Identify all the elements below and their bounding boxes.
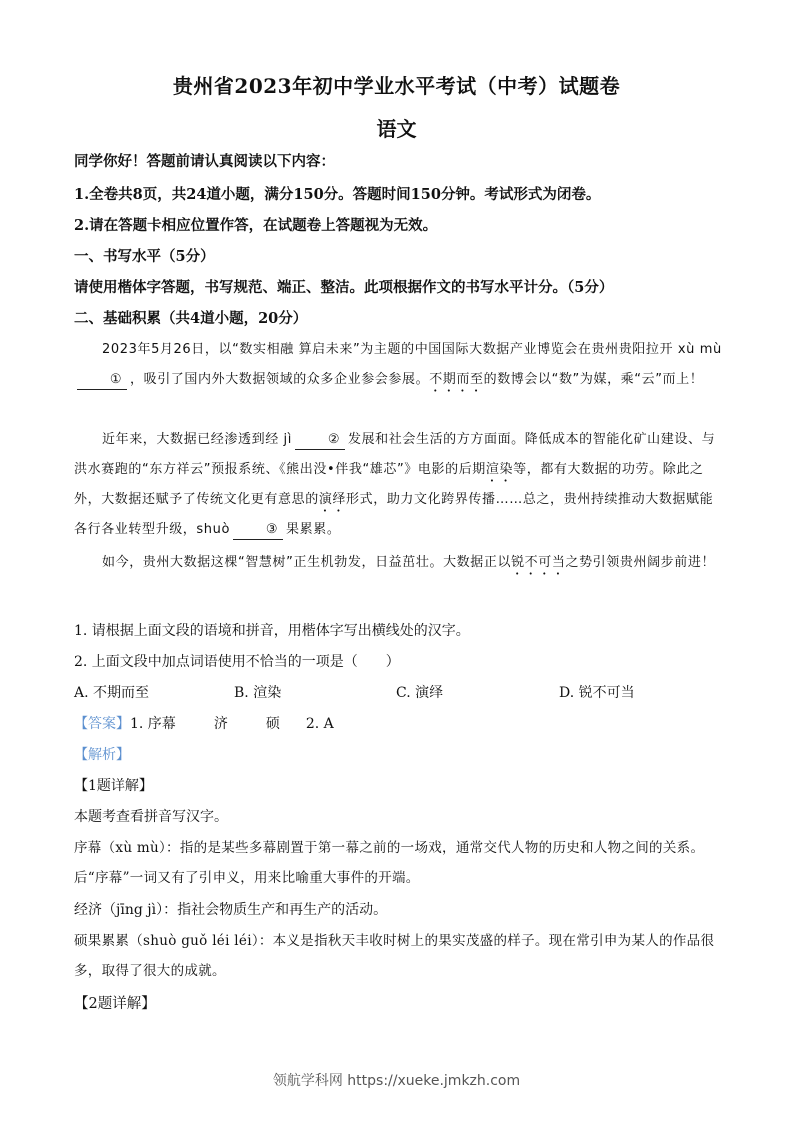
- passage-paragraph-1: 2023年5月26日，以“数实相融 算启未来”为主题的中国国际大数据产业博览会在…: [74, 335, 722, 395]
- dotted-word: 渲染: [486, 462, 513, 477]
- blank-1: ①: [77, 371, 127, 390]
- passage-paragraph-2: 近年来，大数据已经渗透到经 jì②发展和社会生活的方方面面。降低成本的智能化矿山…: [74, 425, 722, 545]
- instructions-greeting: 同学你好！答题前请认真阅读以下内容：: [74, 150, 335, 171]
- option-d: D. 锐不可当: [559, 682, 635, 702]
- blank-2: ②: [295, 431, 345, 450]
- option-c: C. 演绎: [396, 682, 443, 702]
- question-1: 1. 请根据上面文段的语境和拼音，用楷体字写出横线处的汉字。: [74, 620, 470, 640]
- subject-title: 语文: [0, 113, 793, 142]
- instruction-item-2: 2.请在答题卡相应位置作答，在试题卷上答题视为无效。: [74, 214, 437, 235]
- exam-page: 贵州省2023年初中学业水平考试（中考）试题卷 语文 同学你好！答题前请认真阅读…: [0, 0, 793, 1122]
- q2-detail-heading: 【2题详解】: [74, 992, 156, 1013]
- section-heading-basics: 二、基础积累（共4道小题，20分）: [74, 307, 307, 328]
- section-heading-writing: 一、书写水平（5分）: [74, 245, 215, 266]
- passage-paragraph-3: 如今，贵州大数据这棵“智慧树”正生机勃发，日益茁壮。大数据正以锐不可当之势引领贵…: [74, 548, 722, 578]
- answer-line: 【答案】1. 序幕济硕2. A: [74, 713, 334, 733]
- blank-3: ③: [233, 521, 283, 540]
- analysis-line: 本题考查看拼音写汉字。: [74, 806, 228, 826]
- dotted-word: 演绎: [319, 492, 346, 507]
- option-a: A. 不期而至: [74, 682, 149, 702]
- q1-detail-heading: 【1题详解】: [74, 775, 153, 795]
- question-2: 2. 上面文段中加点词语使用不恰当的一项是（ ）: [74, 651, 400, 671]
- analysis-line: 硕果累累（shuò guǒ léi léi）：本义是指秋天丰收时树上的果实茂盛的…: [74, 926, 722, 986]
- page-title: 贵州省2023年初中学业水平考试（中考）试题卷: [0, 70, 793, 99]
- analysis-label: 【解析】: [74, 744, 130, 764]
- dotted-word: 锐不可当: [511, 555, 565, 570]
- section-body-writing: 请使用楷体字答题，书写规范、端正、整洁。此项根据作文的书写水平计分。（5分）: [74, 276, 613, 297]
- answer-label: 【答案】: [74, 716, 130, 732]
- option-b: B. 渲染: [234, 682, 281, 702]
- analysis-line: 经济（jīng jì）：指社会物质生产和再生产的活动。: [74, 899, 387, 919]
- footer-watermark: 领航学科网 https://xueke.jmkzh.com: [0, 1070, 793, 1090]
- instruction-item-1: 1.全卷共8页，共24道小题，满分150分。答题时间150分钟。考试形式为闭卷。: [74, 183, 600, 204]
- analysis-line: 序幕（xù mù）：指的是某些多幕剧置于第一幕之前的一场戏，通常交代人物的历史和…: [74, 833, 722, 893]
- dotted-word: 不期而至: [429, 372, 483, 387]
